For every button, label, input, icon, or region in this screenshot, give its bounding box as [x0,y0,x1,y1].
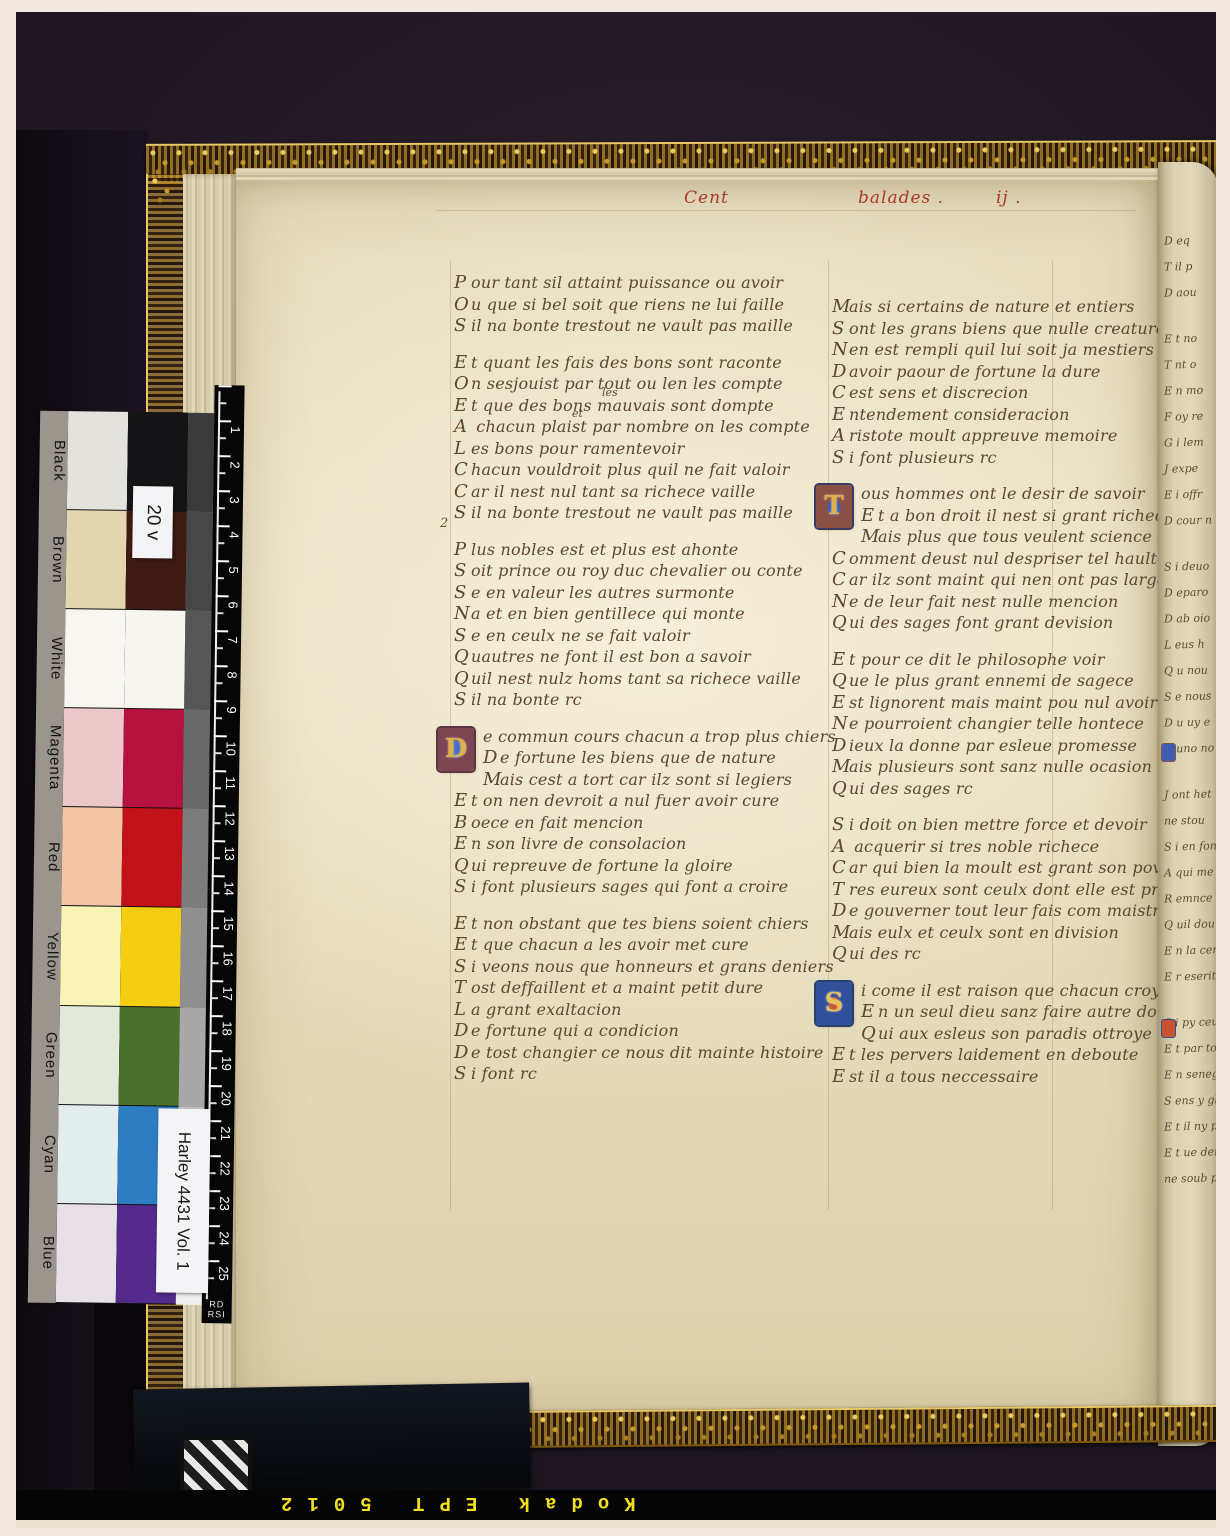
poem-column-left: Pour tant sil attaint puissance ou avoir… [454,272,840,1100]
poem-line: Entendement consideracion [832,404,1202,426]
gilt-binding-border-bottom [484,1405,1216,1448]
line-initial-letter: D [454,1042,471,1064]
ruler-number: 20 [219,1091,234,1106]
ruler-number: 5 [226,566,241,573]
poem-line: e commun cours chacun a trop plus chiers [454,726,840,748]
line-initial-letter: Q [454,646,471,668]
line-initial-letter: M [483,769,500,791]
next-folio-fragment: Q uil dou [1160,911,1216,939]
poem-line: Sil na bonte trestout ne vault pas maill… [454,315,840,337]
next-folio-fragment: E r eserit [1160,963,1216,991]
poem-line: Est il a tous neccessaire [832,1066,1202,1088]
ruler-half-tick [216,577,224,579]
next-folio-fragment: D ab oio [1160,605,1216,633]
next-folio-fragment: E t no [1160,325,1216,353]
poem-line: Ne de leur fait nest nulle mencion [832,591,1202,613]
next-folio-initial-blue [1162,744,1175,761]
line-initial-letter: Q [454,668,471,690]
gray-step-2 [185,512,212,611]
ruler-half-tick [211,962,219,964]
ruler-number: 25 [216,1266,231,1281]
ruler-half-tick [209,1102,217,1104]
shelfmark-sticker: Harley 4431 Vol. 1 [156,1108,211,1293]
next-folio-fragment: S ens y glo [1160,1087,1216,1115]
line-initial-letter: M [832,922,849,944]
line-initial-letter: E [454,790,471,812]
ruler-tick [211,910,224,912]
ruler-number: 21 [218,1126,233,1141]
ruler-half-tick [210,997,218,999]
patch-light-black [67,411,128,510]
poem-line: Car qui bien la moult est grant son povo… [832,857,1202,879]
ruler-half-tick [214,682,222,684]
folio-number-sticker: 20 v [132,486,173,559]
line-initial-letter: S [454,502,471,524]
next-folio-fragment: S e nous [1160,683,1216,711]
line-initial-letter: E [454,395,471,417]
ruler-half-tick [216,542,224,544]
next-folio-fragment: T nt o [1160,351,1216,379]
next-folio-fragment: D aou [1160,279,1216,307]
ruler-cell: 9 [210,700,240,735]
line-initial-letter: Q [861,1023,878,1045]
poem-stanza: Tous hommes ont le desir de savoirEt a b… [832,483,1202,634]
illuminated-initial-T: T [816,485,852,528]
ruler-number: 8 [225,671,240,678]
poem-line: Na et en bien gentillece qui monte [454,603,840,625]
poem-line: Boece en fait mencion [454,812,840,834]
line-initial-letter: D [483,747,500,769]
patch-light-white [64,609,125,708]
illuminated-initial-D: D [438,728,474,771]
line-initial-letter: B [454,812,471,834]
color-calibration-bar: BlackBrownWhiteMagentaRedYellowGreenCyan… [17,383,242,1334]
poem-line: Dieux la donne par esleue promesse [832,735,1202,757]
ruler-cell: 18 [205,1015,235,1050]
poem-line: Que le plus grant ennemi de sagece [832,670,1202,692]
next-folio-fragment: D eq [1160,227,1216,255]
ruler-number: 1 [228,426,243,433]
line-initial-letter: N [832,339,849,361]
next-folio-fragment: R emnce [1160,885,1216,913]
poem-line: Qui des rc [832,943,1202,965]
gray-step-3 [184,611,211,710]
next-folio-fragment: E i offr [1160,481,1216,509]
ruler-tick [216,595,229,597]
poem-line: Et les pervers laidement en deboute [832,1044,1202,1066]
illuminated-initial-S: S [816,982,852,1025]
poem-line: Mais plus que tous veulent science avoir [832,526,1202,548]
patch-light-green [59,1006,120,1105]
poem-line: Qui des sages font grant devision [832,612,1202,634]
line-initial-letter: O [454,373,471,395]
poem-stanza: Pour tant sil attaint puissance ou avoir… [454,272,840,337]
ruler-end-label: RD RSI [202,1299,232,1319]
film-edge-band: Kodak EPT 5012 [16,1490,1216,1522]
poem-line: i come il est raison que chacun croye [832,980,1202,1002]
poem-line: Quautres ne font il est bon a savoir [454,646,840,668]
next-folio-fragment: ne soub p [1160,1165,1216,1193]
ruler-half-tick [213,752,221,754]
ruler-tick [218,420,231,422]
line-initial-letter: S [454,625,471,647]
poem-line: Davoir paour de fortune la dure [832,361,1202,383]
line-initial-letter: D [454,1020,471,1042]
ruler-cell: 12 [208,805,238,840]
poem-line: Et non obstant que tes biens soient chie… [454,913,840,935]
patch-light-magenta [63,708,124,807]
ruler-cell: 8 [210,665,240,700]
ruler-number: 12 [222,811,237,826]
ruler-number: 19 [219,1056,234,1071]
ruler-tick [213,770,226,772]
gray-step-1 [187,413,214,512]
poem-line: De tost changier ce nous dit mainte hist… [454,1042,840,1064]
poem-line: Pour tant sil attaint puissance ou avoir [454,272,840,294]
poem-line: Plus nobles est et plus est ahonte [454,539,840,561]
ruler-tick [211,945,224,947]
line-initial-letter: N [454,603,471,625]
patch-label-yellow: Yellow [32,906,61,1005]
poem-line: Car ilz sont maint qui nen ont pas large… [832,569,1202,591]
ruler-cell: 19 [205,1050,235,1085]
ruler-half-tick [217,507,225,509]
film-edge-marking: Kodak EPT 5012 [266,1492,636,1514]
line-initial-letter: C [832,857,849,879]
line-initial-letter: C [832,548,849,570]
poem-stanza: Mais si certains de nature et entiersSon… [832,296,1202,468]
poem-line: Nen est rempli quil lui soit ja mestiers [832,339,1202,361]
patch-dark-green [119,1006,180,1105]
ruler-number: 23 [217,1196,232,1211]
line-initial-letter: M [832,296,849,318]
poem-line: Ne pourroient changier telle hontece [832,713,1202,735]
ruler-number: 7 [225,636,240,643]
ruler-half-tick [209,1067,217,1069]
line-initial-letter: D [832,735,849,757]
line-initial-letter: S [454,876,471,898]
poem-line: La grant exaltacion [454,999,840,1021]
next-folio-fragment: A qui me [1160,859,1216,887]
ruler-number: 3 [227,496,242,503]
ruler-tick [218,455,231,457]
line-initial-letter: Q [832,778,849,800]
ruler-cell: 1 [214,420,244,455]
next-folio-fragment: D cour n [1160,507,1216,535]
ruler-number: 24 [217,1231,232,1246]
next-folio-fragment [1160,761,1216,783]
next-folio-fragment [1160,533,1216,555]
ruler-number: 17 [220,986,235,1001]
line-initial-letter: T [454,977,471,999]
ruler-cell: 11 [209,770,239,805]
ruler-half-tick [215,647,223,649]
line-initial-letter: E [832,1044,849,1066]
ruler-number: 4 [226,531,241,538]
poem-line: Tres eureux sont ceulx dont elle est pri… [832,879,1202,901]
ruler-cell: 2 [213,455,243,490]
line-initial-letter: C [454,459,471,481]
patch-label-black: Black [39,411,68,510]
line-initial-letter: S [454,1063,471,1085]
line-initial-letter: S [454,560,471,582]
next-folio-fragment: E n la cent [1160,937,1216,965]
interlinear-addition: et [572,407,583,420]
ruler-tick [214,735,227,737]
line-initial-letter: A [832,425,849,447]
next-folio-fragment: E t par tout [1160,1035,1216,1063]
next-folio-fragment: Q u nou [1160,657,1216,685]
poem-stanza: Et quant les fais des bons sont raconteO… [454,352,840,524]
patch-label-brown: Brown [37,510,66,609]
line-initial-letter: E [861,1001,878,1023]
poem-line: Et quant les fais des bons sont raconte [454,352,840,374]
line-initial-letter: E [832,692,849,714]
patch-dark-white [124,610,185,709]
next-folio-fragment: G i lem [1160,429,1216,457]
line-initial-letter: S [832,814,849,836]
next-folio-fragment: S i en font [1160,833,1216,861]
poem-line: Mais si certains de nature et entiers [832,296,1202,318]
patch-label-magenta: Magenta [35,708,64,807]
line-initial-letter: D [832,361,849,383]
ruler-tick [215,665,228,667]
next-folio-fragment: S i deuo [1160,553,1216,581]
poem-line: Quil nest nulz homs tant sa richece vail… [454,668,840,690]
poem-stanza: Si come il est raison que chacun croyeEn… [832,980,1202,1088]
line-initial-letter: T [832,879,849,901]
line-initial-letter: S [454,315,471,337]
ruler-half-tick [212,892,220,894]
next-folio-fragment: J expe [1160,455,1216,483]
line-initial-letter: P [454,539,471,561]
running-title-left: Cent [684,188,729,208]
poem-line: Si veons nous que honneurs et grans deni… [454,956,840,978]
patch-light-yellow [60,907,121,1006]
ruler-tick [214,700,227,702]
gray-step-4 [183,710,210,809]
ruler-cell: 17 [206,980,236,1015]
line-initial-letter: E [832,649,849,671]
next-folio-fragment: D eparo [1160,579,1216,607]
line-initial-letter: S [454,956,471,978]
ruler-tick [216,560,229,562]
poem-line: Aristote moult appreuve memoire [832,425,1202,447]
ruler-number: 15 [221,916,236,931]
line-initial-letter: Q [832,612,849,634]
ruler-number: 14 [221,881,236,896]
poem-line: Est lignorent mais maint pou nul avoir [832,692,1202,714]
poem-line: Si font plusieurs rc [832,447,1202,469]
line-initial-letter: Q [832,943,849,965]
bottom-cream-strip [16,1520,1216,1528]
next-folio-text-fragments: D eqT il pD aouE t noT nt oE n moF oy re… [1160,228,1216,1192]
line-initial-letter: A [454,416,471,438]
poem-line: Tost deffaillent et a maint petit dure [454,977,840,999]
poem-line: Chacun vouldroit plus quil ne fait valoi… [454,459,840,481]
next-folio-fragment: ne stou [1160,807,1216,835]
margin-mark: 2 [440,516,448,531]
poem-line: Et que chacun a les avoir met cure [454,934,840,956]
poem-line: Et pour ce dit le philosophe voir [832,649,1202,671]
ruler-tick [215,630,228,632]
poem-line: Si font rc [454,1063,840,1085]
ruler-tick [212,875,225,877]
ruler-half-tick [212,822,220,824]
line-initial-letter: D [832,900,849,922]
poem-stanza: Si doit on bien mettre force et devoirA … [832,814,1202,965]
poem-stanza: Et pour ce dit le philosophe voirQue le … [832,649,1202,800]
line-initial-letter: E [832,404,849,426]
ruler-tick [217,525,230,527]
poem-line: En son livre de consolacion [454,833,840,855]
patch-label-cyan: Cyan [29,1104,58,1203]
line-initial-letter: Q [454,855,471,877]
patch-label-blue: Blue [28,1203,57,1302]
line-initial-letter: Q [832,670,849,692]
poem-stanza: Plus nobles est et plus est ahonteSoit p… [454,539,840,711]
gray-step-5 [181,809,208,908]
ruler-cell: 7 [211,630,241,665]
line-initial-letter: E [861,505,878,527]
line-initial-letter: N [832,713,849,735]
line-initial-letter: S [454,582,471,604]
poem-column-right: Mais si certains de nature et entiersSon… [832,296,1202,1102]
line-initial-letter: E [454,352,471,374]
poem-line: En un seul dieu sanz faire autre doubte [832,1001,1202,1023]
poem-line: Si doit on bien mettre force et devoir [832,814,1202,836]
line-initial-letter: E [454,934,471,956]
next-folio-fragment: L eus h [1160,631,1216,659]
patch-label-white: White [36,609,65,708]
patch-dark-red [121,808,182,907]
ruling-line-header [436,210,1136,211]
poem-line: Sont les grans biens que nulle creature [832,318,1202,340]
line-initial-letter: O [454,294,471,316]
ruler-number: 10 [223,741,238,756]
poem-line: Et que des bons mauvais sont dompte [454,395,840,417]
poem-line: Sil na bonte trestout ne vault pas maill… [454,502,840,524]
poem-line: Se en ceulx ne se fait valoir [454,625,840,647]
ruler-cell [214,385,244,420]
ruler-number: 13 [222,846,237,861]
ruler-tick [209,1050,222,1052]
poem-line: De gouverner tout leur fais com maistres… [832,900,1202,922]
interlinear-addition: les [602,386,618,399]
ruler-tick [217,490,230,492]
line-initial-letter: E [454,913,471,935]
poem-stanza: De commun cours chacun a trop plus chier… [454,726,840,898]
next-folio-fragment: J ont het [1160,781,1216,809]
patch-light-brown [65,510,126,609]
poem-line: A acquerir si tres noble richece [832,836,1202,858]
poem-line: Si font plusieurs sages qui font a croir… [454,876,840,898]
poem-line: Qui des sages rc [832,778,1202,800]
manuscript-page: Cent balades . ij . 2 Pour tant sil atta… [236,180,1160,1428]
poem-line: De fortune les biens que de nature [454,747,840,769]
poem-line: Ou que si bel soit que riens ne lui fail… [454,294,840,316]
poem-line: Comment deust nul despriser tel haultece [832,548,1202,570]
line-initial-letter: C [454,481,471,503]
ruler-tick [210,1015,223,1017]
line-initial-letter: N [832,591,849,613]
ruler-half-tick [218,402,226,404]
ruler-tick [209,1085,222,1087]
poem-line: De fortune qui a condicion [454,1020,840,1042]
line-initial-letter: S [832,447,849,469]
poem-stanza: Et non obstant que tes biens soient chie… [454,913,840,1085]
ruler-number: 6 [225,601,240,608]
next-folio-fragment [1160,305,1216,327]
ruler-number: 11 [223,776,238,790]
next-folio-fragment: E n seneg [1160,1061,1216,1089]
ruler-half-tick [211,927,219,929]
ruler-number: 22 [218,1161,233,1176]
line-initial-letter: E [832,1066,849,1088]
ruler-cell: 4 [212,525,242,560]
patch-light-cyan [57,1105,118,1204]
ruler-number: 16 [221,951,236,966]
line-initial-letter: M [832,756,849,778]
line-initial-letter: P [454,272,471,294]
next-folio-edge: D eqT il pD aouE t noT nt oE n moF oy re… [1158,162,1216,1446]
poem-line: On sesjouist par tout ou len les compte [454,373,840,395]
photograph-area: Cent balades . ij . 2 Pour tant sil atta… [16,12,1216,1528]
next-folio-fragment: E t il ny p [1160,1113,1216,1141]
line-initial-letter: M [861,526,878,548]
poem-line: Cest sens et discrecion [832,382,1202,404]
gray-step-7 [179,1007,206,1106]
poem-line: Mais plusieurs sont sanz nulle ocasion [832,756,1202,778]
next-folio-initial-red [1162,1020,1175,1037]
poem-line: Et a bon droit il nest si grant richece [832,505,1202,527]
ruler-half-tick [213,787,221,789]
poem-line: Et on nen devroit a nul fuer avoir cure [454,790,840,812]
ruler-cell: 13 [208,840,238,875]
next-folio-fragment: D u uy e [1160,709,1216,737]
patch-label-red: Red [33,807,62,906]
patch-light-red [61,807,122,906]
ruler-half-tick [210,1032,218,1034]
poem-line: ous hommes ont le desir de savoir [832,483,1202,505]
poem-line: Qui repreuve de fortune la gloire [454,855,840,877]
gray-step-6 [180,908,207,1007]
line-initial-letter: L [454,999,471,1021]
poem-line: Mais cest a tort car ilz sont si legiers [454,769,840,791]
ruler-cell: 5 [212,560,242,595]
ruler-tick [219,385,232,387]
poem-line: A chacun plaist par nombre on les compte [454,416,840,438]
ruler-cell: 3 [213,490,243,525]
poem-line: Car il nest nul tant sa richece vaille [454,481,840,503]
line-initial-letter: C [832,382,849,404]
poem-line: Se en valeur les autres surmonte [454,582,840,604]
ruler-cell: 6 [211,595,241,630]
ruler-half-tick [215,612,223,614]
poem-line: Qui aux esleus son paradis ottroye [832,1023,1202,1045]
ruler-cell: 14 [207,875,237,910]
line-initial-letter: C [832,569,849,591]
ruler-number: 2 [227,461,242,468]
line-initial-letter: L [454,438,471,460]
poem-line: Soit prince ou roy duc chevalier ou cont… [454,560,840,582]
poem-line: Les bons pour ramentevoir [454,438,840,460]
ruler-tick [210,980,223,982]
poem-line: Sil na bonte rc [454,689,840,711]
running-title-numeral: ij . [996,188,1022,208]
ruler-half-tick [218,437,226,439]
next-folio-fragment: F oy re [1160,403,1216,431]
